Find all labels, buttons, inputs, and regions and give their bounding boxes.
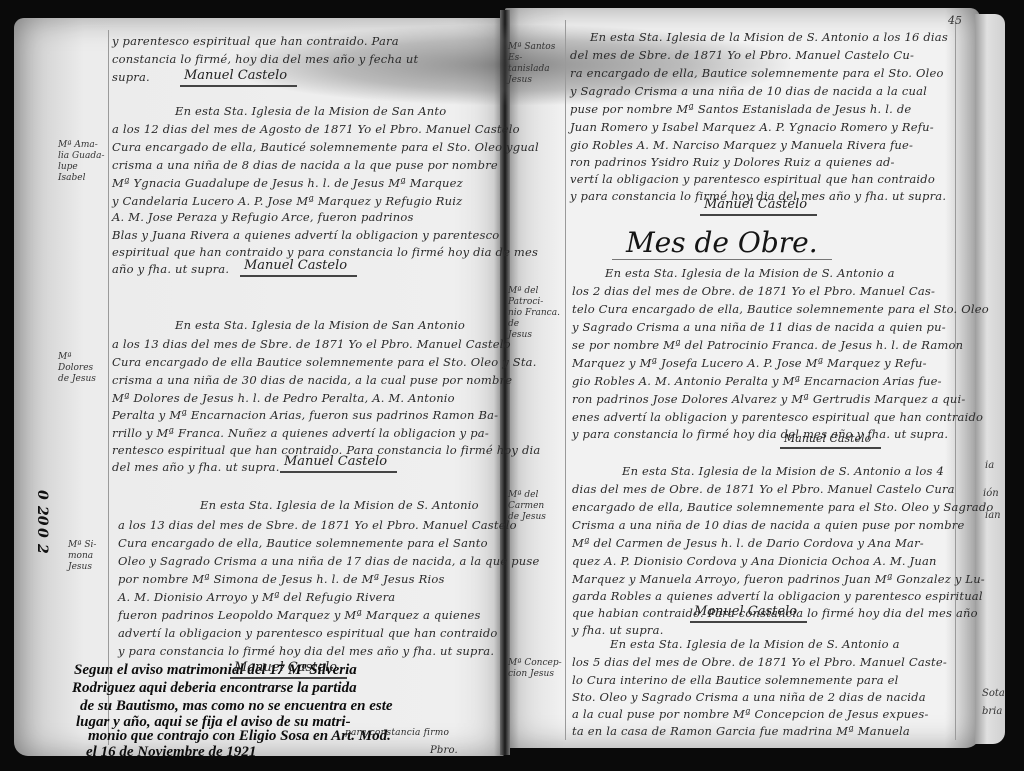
entry-line: En esta Sta. Iglesia de la Mision de S. … [605,266,895,280]
entry-line: ron padrinos Jose Dolores Alvarez y Mª G… [572,392,966,406]
margin-note-line: lupe Isabel [58,162,106,184]
entry-line: puse por nombre Mª Santos Estanislada de… [570,102,911,116]
entry-line: los 2 dias del mes de Obre. de 1871 Yo e… [572,284,935,298]
margin-note: Mª Ama- lia Guada- lupe Isabel [58,140,106,184]
entry-line: En esta Sta. Iglesia de la Mision de S. … [610,637,900,651]
signature: Manuel Castelo [700,197,817,216]
continuation-line: constancia lo firmé, hoy dia del mes año… [112,52,418,66]
entry-line: quez A. P. Dionisio Cordova y Ana Dionic… [572,554,937,568]
entry-line: Mª Dolores de Jesus h. l. de Pedro Peral… [112,391,455,405]
entry-line: a los 13 dias del mes de Sbre. de 1871 Y… [112,337,511,351]
entry-line: En esta Sta. Iglesia de la Mision de S. … [622,464,944,478]
entry-line: del mes año y fha. ut supra. [112,460,280,474]
signature: Manuel Castelo [690,604,807,623]
annotation-signature: Pbro. [430,745,458,756]
signature: Manuel Castelo [240,258,357,277]
margin-note: Mª Si- mona Jesus [68,540,114,573]
margin-note-line: Jesus [508,330,570,341]
entry-line: garda Robles a quienes advertí la obliga… [572,589,983,603]
margin-note-line: nio Franca. de [508,308,570,330]
margin-note: Mª Concep- cion Jesus [508,658,570,680]
entry-line: En esta Sta. Iglesia de la Mision de San… [175,104,446,118]
entry-line: gio Robles A. M. Narciso Marquez y Manue… [570,138,913,152]
entry-line: Mª Ygnacia Guadalupe de Jesus h. l. de J… [112,176,463,190]
entry-line: Marquez y Manuela Arroyo, fueron padrino… [572,572,985,586]
entry-line: Cura encargado de ella, Bautice solemnem… [118,536,488,550]
entry-line: ron padrinos Ysidro Ruiz y Dolores Ruiz … [570,155,895,169]
entry-line: crisma a una niña de 8 dias de nacida a … [112,158,498,172]
entry-line: los 5 dias del mes de Obre. de 1871 Yo e… [572,655,947,669]
annotation-line: Rodriguez aqui deberia encontrarse la pa… [72,680,357,697]
entry-line: a los 12 dias del mes de Agosto de 1871 … [112,122,520,136]
annotation-line: el 16 de Noviembre de 1921 [86,744,256,761]
margin-note-line: cion Jesus [508,669,570,680]
open-register-book: 45 y parentesco espiritual que han contr… [0,0,1024,771]
entry-line: se por nombre Mª del Patrocinio Franca. … [572,338,963,352]
entry-line: lo Cura interino de ella Bautice solemne… [572,673,899,687]
signature: Manuel Castelo [780,432,881,449]
margin-note-line: Mª Santos Es- [508,42,568,64]
entry-line: Cura encargado de ella Bautice solemneme… [112,355,537,369]
margin-note-line: Mª del Patroci- [508,286,570,308]
entry-line: rrillo y Mª Franca. Nuñez a quienes adve… [112,426,489,440]
entry-line: a los 13 dias del mes de Sbre. de 1871 Y… [118,518,517,532]
binding-mark: 20 [34,506,50,525]
binding-mark: 2 [34,544,50,554]
entry-line: En esta Sta. Iglesia de la Mision de San… [175,318,465,332]
entry-line: y Sagrado Crisma a una niña de 10 dias d… [570,84,927,98]
right-margin-rule [565,20,566,740]
edge-mark: ión [983,488,999,499]
entry-line: y para constancia lo firmé hoy dia del m… [118,644,494,658]
section-heading: Mes de Obre. [612,226,832,260]
margin-note-line: mona Jesus [68,551,114,573]
page-stack-edge [975,14,1005,744]
margin-note-line: Mª Dolores [58,352,108,374]
entry-line: telo Cura encargado de ella, Bautice sol… [572,302,989,316]
entry-line: del mes de Sbre. de 1871 Yo el Pbro. Man… [570,48,914,62]
annotation-closing: para constancia firmo [345,728,449,738]
entry-line: A. M. Dionisio Arroyo y Mª del Refugio R… [118,590,395,604]
entry-line: crisma a una niña de 30 dias de nacida, … [112,373,512,387]
annotation-line: de su Bautismo, mas como no se encuentra… [80,698,393,715]
edge-mark: ia [985,460,994,471]
signature: Manuel Castelo [180,68,297,87]
continuation-line: supra. [112,70,150,84]
entry-line: Marquez y Mª Josefa Lucero A. P. Jose Mª… [572,356,927,370]
edge-mark: bria [982,706,1002,717]
entry-line: Cura encargado de ella, Bauticé solemnem… [112,140,539,154]
edge-mark: ian [985,510,1001,521]
entry-line: Sto. Oleo y Sagrado Crisma a una niña de… [572,690,926,704]
entry-line: Peralta y Mª Encarnacion Arias, fueron s… [112,408,498,422]
margin-note-line: Mª Concep- [508,658,570,669]
entry-line: enes advertí la obligacion y parentesco … [572,410,983,424]
margin-note-line: lia Guada- [58,151,106,162]
edge-mark: Sota [982,688,1005,699]
entry-line: y para constancia lo firmé hoy dia del m… [572,427,948,441]
margin-note-line: Mª del Carmen [508,490,570,512]
folio-number: 45 [948,14,962,27]
binding-mark: 0 [34,490,50,500]
margin-note: Mª del Carmen de Jesus [508,490,570,523]
continuation-line: y parentesco espiritual que han contraid… [112,34,399,48]
entry-line: año y fha. ut supra. [112,262,229,276]
entry-line: espiritual que han contraido y para cons… [112,245,538,259]
entry-line: Oleo y Sagrado Crisma a una niña de 17 d… [118,554,539,568]
entry-line: ra encargado de ella, Bautice solemnemen… [570,66,944,80]
margin-note: Mª del Patroci- nio Franca. de Jesus [508,286,570,341]
margin-note: Mª Dolores de Jesus [58,352,108,385]
entry-line: En esta Sta. Iglesia de la Mision de S. … [200,498,479,512]
margin-note-line: tanislada Jesus [508,64,568,86]
entry-line: fueron padrinos Leopoldo Marquez y Mª Ma… [118,608,481,622]
entry-line: y fha. ut supra. [572,623,664,637]
entry-line: Juan Romero y Isabel Marquez A. P. Ygnac… [570,120,934,134]
entry-line: Mª del Carmen de Jesus h. l. de Dario Co… [572,536,924,550]
entry-line: a la cual puse por nombre Mª Concepcion … [572,707,929,721]
entry-line: y Candelaria Lucero A. P. Jose Mª Marque… [112,194,462,208]
signature: Manuel Castelo [280,454,397,473]
entry-line: ta en la casa de Ramon Garcia fue madrin… [572,724,910,738]
annotation-line: Segun el aviso matrimonial del 17 Mª Sil… [74,662,357,679]
entry-line: encargado de ella, Bautice solemnemente … [572,500,994,514]
entry-line: A. M. Jose Peraza y Refugio Arce, fueron… [112,210,414,224]
margin-note: Mª Santos Es- tanislada Jesus [508,42,568,86]
margin-note-line: Mª Ama- [58,140,106,151]
margin-note-line: Mª Si- [68,540,114,551]
entry-line: vertí la obligacion y parentesco espirit… [570,172,935,186]
entry-line: y Sagrado Crisma a una niña de 11 dias d… [572,320,946,334]
entry-line: Blas y Juana Rivera a quienes advertí la… [112,228,499,242]
entry-line: Crisma a una niña de 10 dias de nacida a… [572,518,964,532]
binding-mark: 0 [34,528,50,538]
entry-line: gio Robles A. M. Antonio Peralta y Mª En… [572,374,942,388]
entry-line: advertí la obligacion y parentesco espir… [118,626,498,640]
entry-line: dias del mes de Obre. de 1871 Yo el Pbro… [572,482,955,496]
right-outer-rule [955,20,956,740]
left-margin-rule [108,30,109,745]
margin-note-line: de Jesus [58,374,108,385]
entry-line: En esta Sta. Iglesia de la Mision de S. … [590,30,948,44]
entry-line: por nombre Mª Simona de Jesus h. l. de M… [118,572,445,586]
margin-note-line: de Jesus [508,512,570,523]
